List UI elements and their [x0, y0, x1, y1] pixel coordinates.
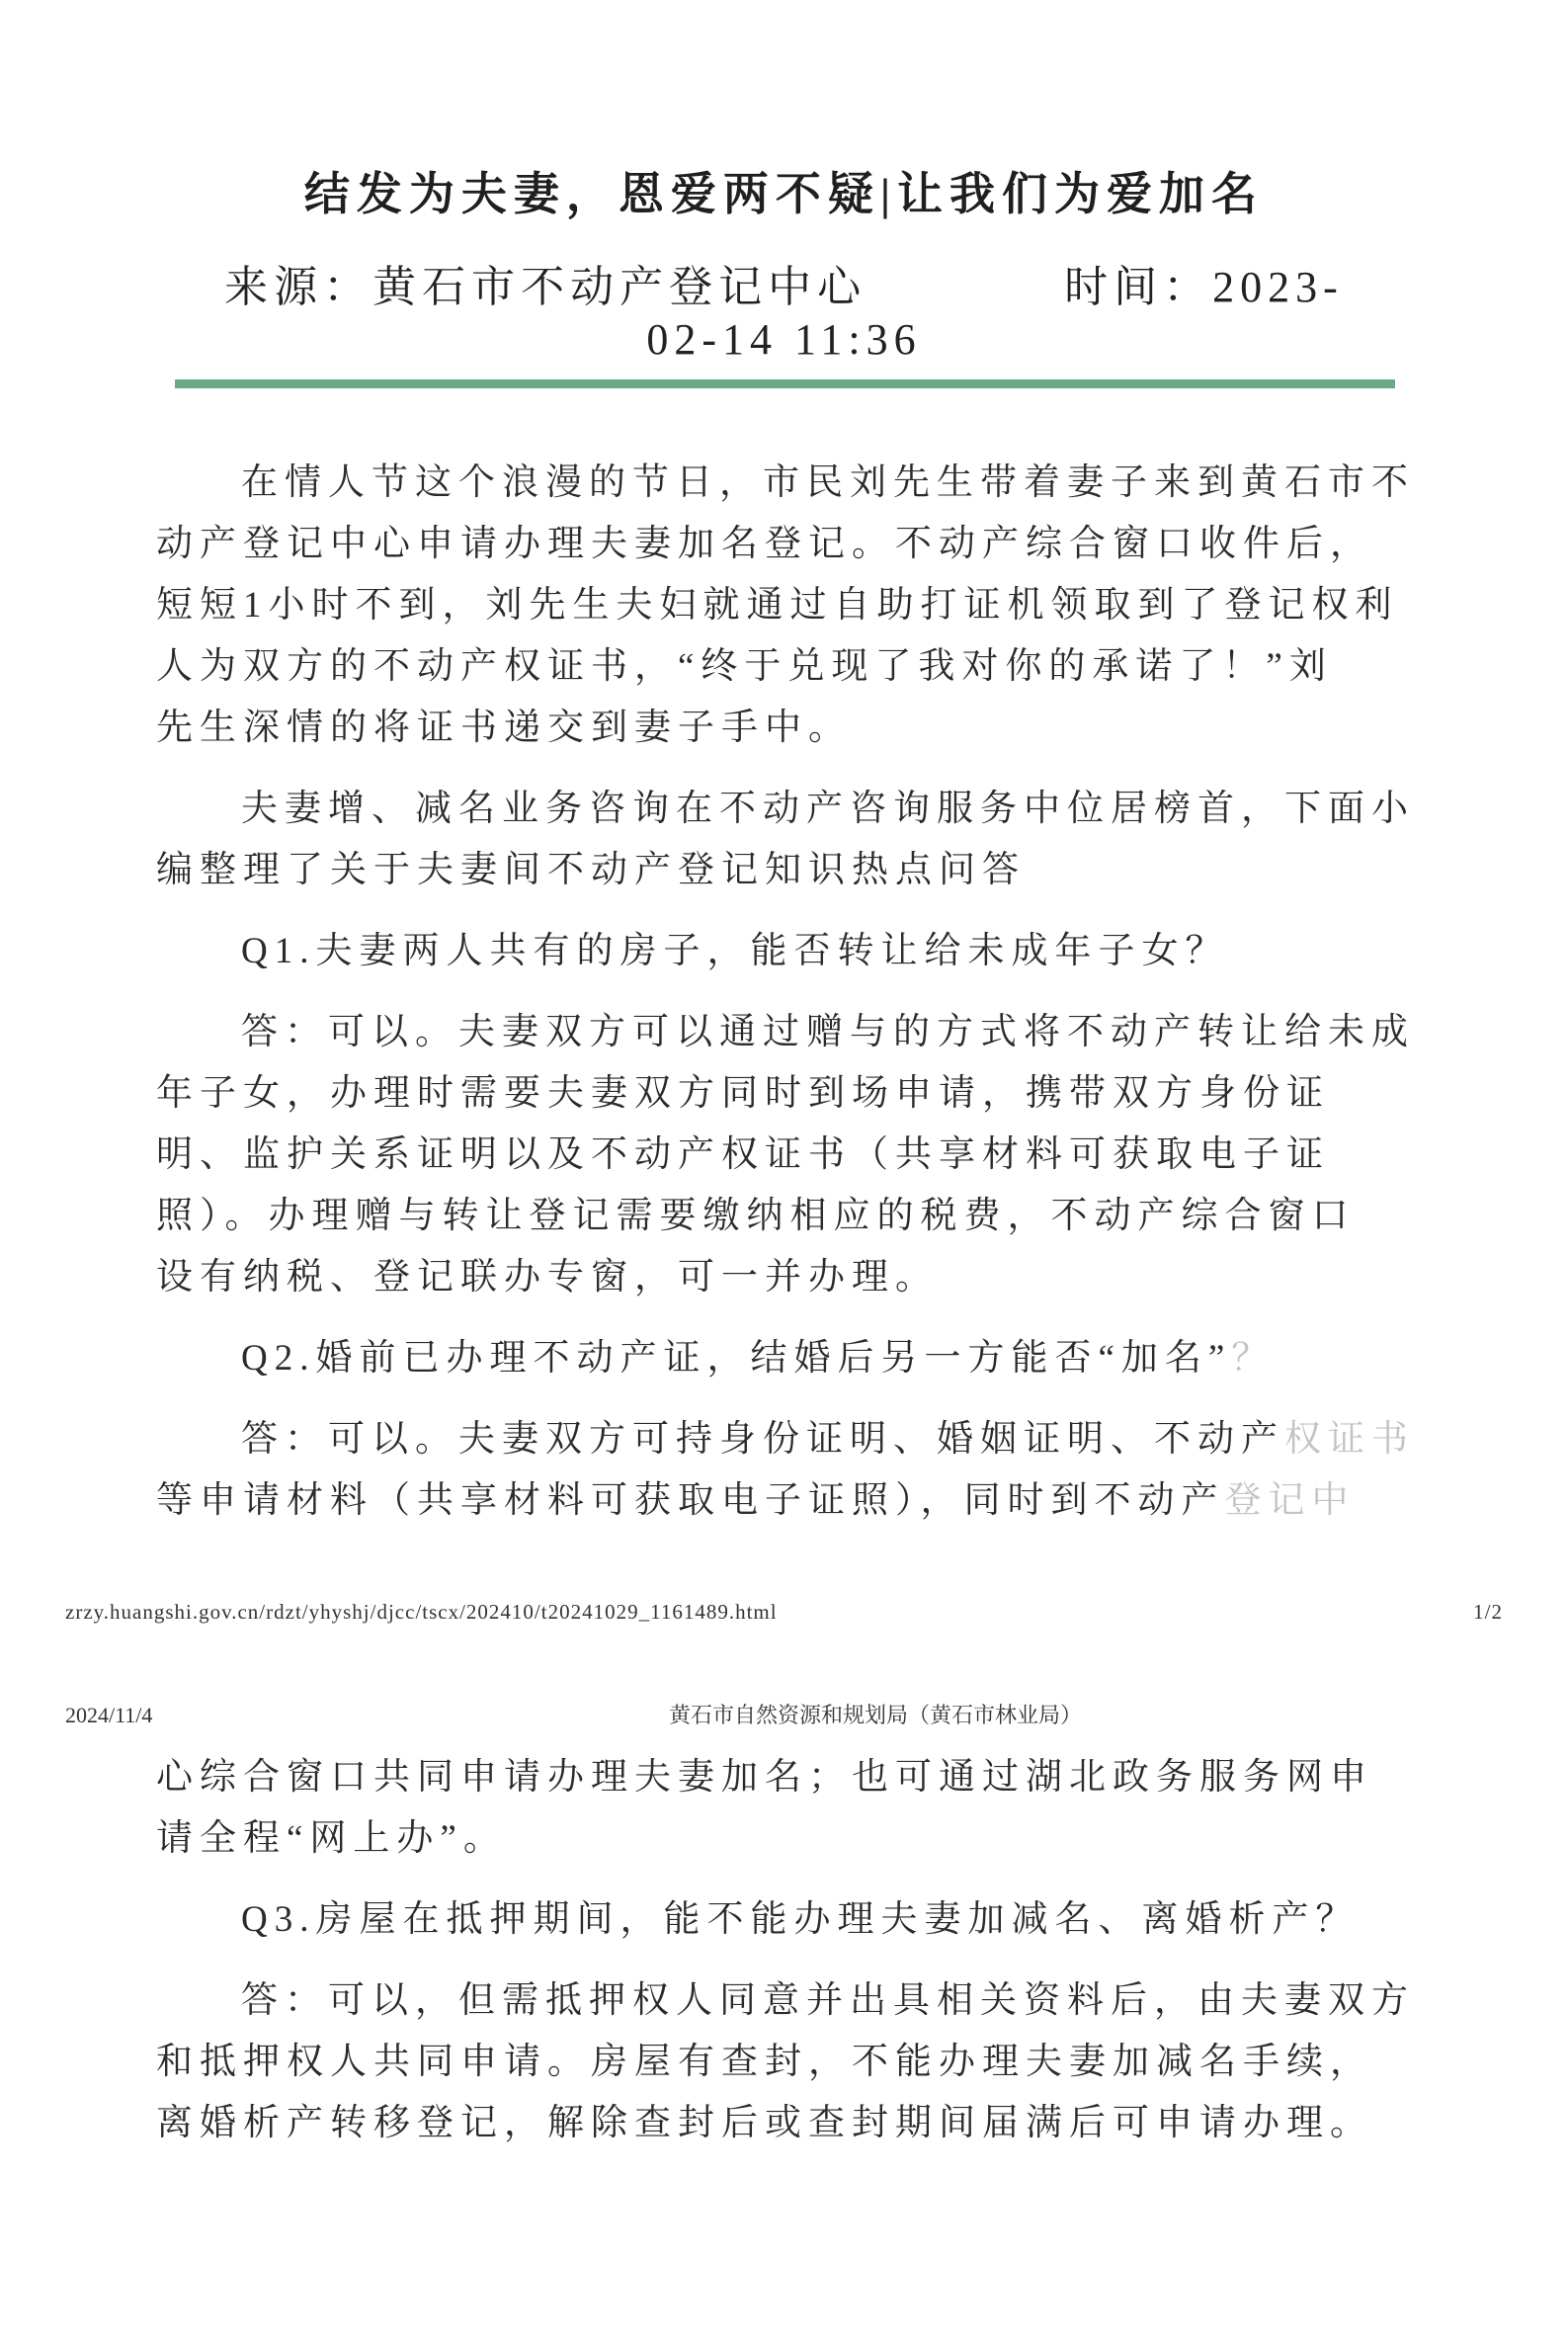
body-line: 人为双方的不动产权证书，“终于兑现了我对你的承诺了！”刘: [156, 636, 1441, 698]
paragraph: 夫妻增、减名业务咨询在不动产咨询服务中位居榜首，下面小编整理了关于夫妻间不动产登…: [156, 779, 1441, 901]
paragraph: 答：可以。夫妻双方可持身份证明、婚姻证明、不动产权证书等申请材料（共享材料可获取…: [156, 1409, 1441, 1532]
body-line: Q1.夫妻两人共有的房子，能否转让给未成年子女？: [156, 921, 1441, 982]
paragraph: Q3.房屋在抵押期间，能不能办理夫妻加减名、离婚析产？: [156, 1889, 1441, 1951]
body-line: 答：可以，但需抵押权人同意并出具相关资料后，由夫妻双方: [156, 1970, 1441, 2032]
body-text: 离婚析产转移登记，解除查封后或查封期间届满后可申请办理。: [156, 2103, 1373, 2143]
article-title: 结发为夫妻，恩爱两不疑|让我们为爱加名: [0, 158, 1568, 223]
body-line: 年子女，办理时需要夫妻双方同时到场申请，携带双方身份证: [156, 1063, 1441, 1125]
body-text: 答：可以，但需抵押权人同意并出具相关资料后，由夫妻双方: [241, 1980, 1415, 2021]
body-text: 夫妻增、减名业务咨询在不动产咨询服务中位居榜首，下面小: [241, 789, 1415, 829]
body-text: 等申请材料（共享材料可获取电子证照），同时到不动产: [156, 1480, 1225, 1521]
page1-body: 在情人节这个浪漫的节日，市民刘先生带着妻子来到黄石市不动产登记中心申请办理夫妻加…: [156, 453, 1441, 1532]
body-text: 照）。办理赠与转让登记需要缴纳相应的税费，不动产综合窗口: [156, 1196, 1356, 1236]
body-line: 答：可以。夫妻双方可持身份证明、婚姻证明、不动产权证书: [156, 1409, 1441, 1470]
body-text: Q3.房屋在抵押期间，能不能办理夫妻加减名、离婚析产？: [241, 1899, 1359, 1940]
document-canvas: 结发为夫妻，恩爱两不疑|让我们为爱加名 来源：黄石市不动产登记中心 时间：202…: [0, 0, 1568, 2344]
body-text: 编整理了关于夫妻间不动产登记知识热点问答: [156, 850, 1026, 890]
paragraph: 答：可以，但需抵押权人同意并出具相关资料后，由夫妻双方和抵押权人共同申请。房屋有…: [156, 1970, 1441, 2154]
body-line: Q3.房屋在抵押期间，能不能办理夫妻加减名、离婚析产？: [156, 1889, 1441, 1951]
body-text: 先生深情的将证书递交到妻子手中。: [156, 708, 852, 748]
page-number: 1/2: [1473, 1599, 1503, 1625]
paragraph: Q1.夫妻两人共有的房子，能否转让给未成年子女？: [156, 921, 1441, 982]
body-text: Q1.夫妻两人共有的房子，能否转让给未成年子女？: [241, 931, 1228, 971]
body-line: 和抵押权人共同申请。房屋有查封，不能办理夫妻加减名手续，: [156, 2032, 1441, 2093]
footer-url: zrzy.huangshi.gov.cn/rdzt/yhyshj/djcc/ts…: [65, 1599, 778, 1625]
faded-text: 登记中: [1225, 1480, 1356, 1521]
body-text: 在情人节这个浪漫的节日，市民刘先生带着妻子来到黄石市不: [241, 462, 1415, 503]
body-text: 人为双方的不动产权证书，“终于兑现了我对你的承诺了！”刘: [156, 646, 1333, 687]
article-time-part1: 时间：2023-: [1064, 251, 1344, 314]
green-divider: [175, 379, 1395, 388]
body-text: 短短1小时不到，刘先生夫妇就通过自助打证机领取到了登记权利: [156, 585, 1399, 626]
body-line: 心综合窗口共同申请办理夫妻加名；也可通过湖北政务服务网申: [156, 1747, 1441, 1808]
faded-text: 权证书: [1284, 1419, 1415, 1460]
body-line: 设有纳税、登记联办专窗，可一并办理。: [156, 1247, 1441, 1308]
body-line: 编整理了关于夫妻间不动产登记知识热点问答: [156, 840, 1441, 901]
body-text: 请全程“网上办”。: [156, 1818, 507, 1859]
faded-text: ？: [1231, 1338, 1275, 1379]
paragraph: 答：可以。夫妻双方可以通过赠与的方式将不动产转让给未成年子女，办理时需要夫妻双方…: [156, 1002, 1441, 1308]
paragraph: Q2.婚前已办理不动产证，结婚后另一方能否“加名”？: [156, 1328, 1441, 1389]
body-text: Q2.婚前已办理不动产证，结婚后另一方能否“加名”: [241, 1338, 1231, 1379]
body-text: 设有纳税、登记联办专窗，可一并办理。: [156, 1257, 939, 1298]
header-site-name: 黄石市自然资源和规划局（黄石市林业局）: [669, 1702, 1082, 1729]
body-line: 动产登记中心申请办理夫妻加名登记。不动产综合窗口收件后，: [156, 514, 1441, 575]
body-line: 先生深情的将证书递交到妻子手中。: [156, 698, 1441, 759]
body-line: 照）。办理赠与转让登记需要缴纳相应的税费，不动产综合窗口: [156, 1186, 1441, 1247]
body-text: 动产登记中心申请办理夫妻加名登记。不动产综合窗口收件后，: [156, 524, 1373, 564]
header-date: 2024/11/4: [65, 1702, 152, 1729]
body-line: 答：可以。夫妻双方可以通过赠与的方式将不动产转让给未成: [156, 1002, 1441, 1063]
body-line: 等申请材料（共享材料可获取电子证照），同时到不动产登记中: [156, 1470, 1441, 1532]
body-line: 请全程“网上办”。: [156, 1808, 1441, 1870]
paragraph: 在情人节这个浪漫的节日，市民刘先生带着妻子来到黄石市不动产登记中心申请办理夫妻加…: [156, 453, 1441, 759]
body-line: 在情人节这个浪漫的节日，市民刘先生带着妻子来到黄石市不: [156, 453, 1441, 514]
body-text: 答：可以。夫妻双方可持身份证明、婚姻证明、不动产: [241, 1419, 1284, 1460]
body-line: Q2.婚前已办理不动产证，结婚后另一方能否“加名”？: [156, 1328, 1441, 1389]
article-time-part2: 02-14 11:36: [0, 314, 1568, 365]
body-text: 答：可以。夫妻双方可以通过赠与的方式将不动产转让给未成: [241, 1012, 1415, 1052]
page1-footer: zrzy.huangshi.gov.cn/rdzt/yhyshj/djcc/ts…: [65, 1599, 1503, 1625]
body-text: 和抵押权人共同申请。房屋有查封，不能办理夫妻加减名手续，: [156, 2042, 1373, 2082]
body-line: 夫妻增、减名业务咨询在不动产咨询服务中位居榜首，下面小: [156, 779, 1441, 840]
article-meta-row: 来源：黄石市不动产登记中心 时间：2023-: [0, 251, 1568, 314]
body-line: 短短1小时不到，刘先生夫妇就通过自助打证机领取到了登记权利: [156, 575, 1441, 636]
page2-body: 心综合窗口共同申请办理夫妻加名；也可通过湖北政务服务网申请全程“网上办”。Q3.…: [156, 1747, 1441, 2154]
body-text: 明、监护关系证明以及不动产权证书（共享材料可获取电子证: [156, 1134, 1330, 1175]
body-text: 心综合窗口共同申请办理夫妻加名；也可通过湖北政务服务网申: [156, 1757, 1373, 1798]
page2-header: 2024/11/4 黄石市自然资源和规划局（黄石市林业局）: [0, 1702, 1568, 1731]
body-line: 离婚析产转移登记，解除查封后或查封期间届满后可申请办理。: [156, 2093, 1441, 2154]
body-line: 明、监护关系证明以及不动产权证书（共享材料可获取电子证: [156, 1125, 1441, 1186]
article-source-label: 来源：黄石市不动产登记中心: [224, 251, 867, 314]
paragraph: 心综合窗口共同申请办理夫妻加名；也可通过湖北政务服务网申请全程“网上办”。: [156, 1747, 1441, 1870]
body-text: 年子女，办理时需要夫妻双方同时到场申请，携带双方身份证: [156, 1073, 1330, 1114]
